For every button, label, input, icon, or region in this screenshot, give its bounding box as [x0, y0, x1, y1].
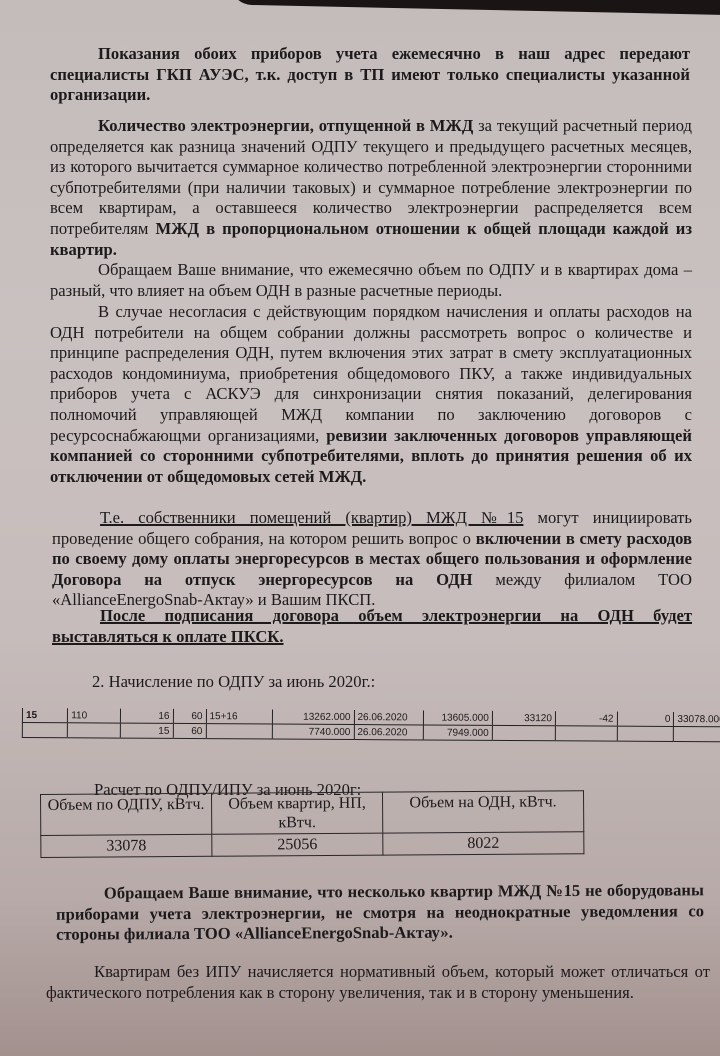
body-text: В случае несогласия с действующим порядк…: [50, 302, 692, 445]
table-cell: 26.06.2020: [354, 725, 423, 740]
table-cell: 15: [121, 723, 173, 738]
table-cell: 7740.000: [273, 724, 354, 739]
header-odn-volume: Объем на ОДН, кВтч.: [382, 791, 583, 833]
table-cell: 15: [22, 708, 67, 723]
table-cell: [206, 724, 273, 739]
table-cell: 0: [617, 712, 674, 727]
paragraph-normative-volume: Квартирам без ИПУ начисляется нормативны…: [46, 962, 710, 1003]
paragraph-after-signing: После подписания договора объем электроэ…: [52, 606, 692, 647]
value-odn-volume: 8022: [383, 832, 584, 855]
value-odpu-volume: 33078: [41, 834, 212, 857]
paragraph-attention-volume: Обращаем Ваше внимание, что ежемесячно о…: [50, 260, 692, 301]
bold-text: Количество электроэнергии, отпущенной в …: [98, 116, 473, 135]
table-cell: 13262.000: [273, 710, 354, 725]
value-apartment-volume: 25056: [212, 833, 383, 856]
underlined-text: Т.е. собственники помещений (квартир) МЖ…: [100, 508, 523, 527]
calc-table: Объем по ОДПУ, кВтч. Объем квартир, НП, …: [40, 790, 584, 858]
table-cell: 26.06.2020: [354, 710, 423, 725]
table-cell: 7949.000: [423, 725, 492, 740]
header-odpu-volume: Объем по ОДПУ, кВтч.: [41, 793, 212, 835]
table-cell: -42: [555, 711, 617, 726]
table-row: 15607740.00026.06.20207949.000: [22, 723, 720, 742]
accrual-table: 15110166015+1613262.00026.06.202013605.0…: [22, 708, 720, 742]
table-cell: [555, 726, 617, 741]
table-cell: [22, 723, 67, 738]
table-cell: 15+16: [206, 709, 273, 724]
photo-shadow: [230, 0, 720, 15]
paragraph-meter-readings: Показания обоих приборов учета ежемесячн…: [50, 44, 690, 106]
table-cell: [617, 726, 674, 741]
paragraph-owners-initiative: Т.е. собственники помещений (квартир) МЖ…: [52, 508, 692, 611]
table-cell: 13605.000: [423, 710, 492, 725]
calc-table-header: Объем по ОДПУ, кВтч. Объем квартир, НП, …: [41, 791, 584, 836]
paragraph-disagreement: В случае несогласия с действующим порядк…: [50, 302, 692, 487]
paragraph-energy-quantity: Количество электроэнергии, отпущенной в …: [50, 116, 692, 260]
underlined-bold-text: После подписания договора объем электроэ…: [52, 606, 692, 646]
table-cell: [492, 725, 555, 740]
table-cell: [674, 726, 720, 741]
table-cell: 33078.000: [674, 712, 720, 727]
header-apartment-volume: Объем квартир, НП, кВтч.: [211, 792, 382, 834]
calc-table-row: 33078 25056 8022: [41, 832, 584, 858]
paragraph-unequipped-apartments: Обращаем Ваше внимание, что несколько кв…: [56, 880, 704, 945]
table-cell: 33120: [492, 711, 555, 726]
table-cell: 110: [68, 708, 121, 723]
table-cell: 60: [173, 709, 206, 724]
table-cell: [68, 723, 121, 738]
table-cell: 60: [173, 723, 206, 738]
table-cell: 16: [121, 709, 173, 724]
section-heading-accrual: 2. Начисление по ОДПУ за июнь 2020г.:: [92, 672, 375, 692]
